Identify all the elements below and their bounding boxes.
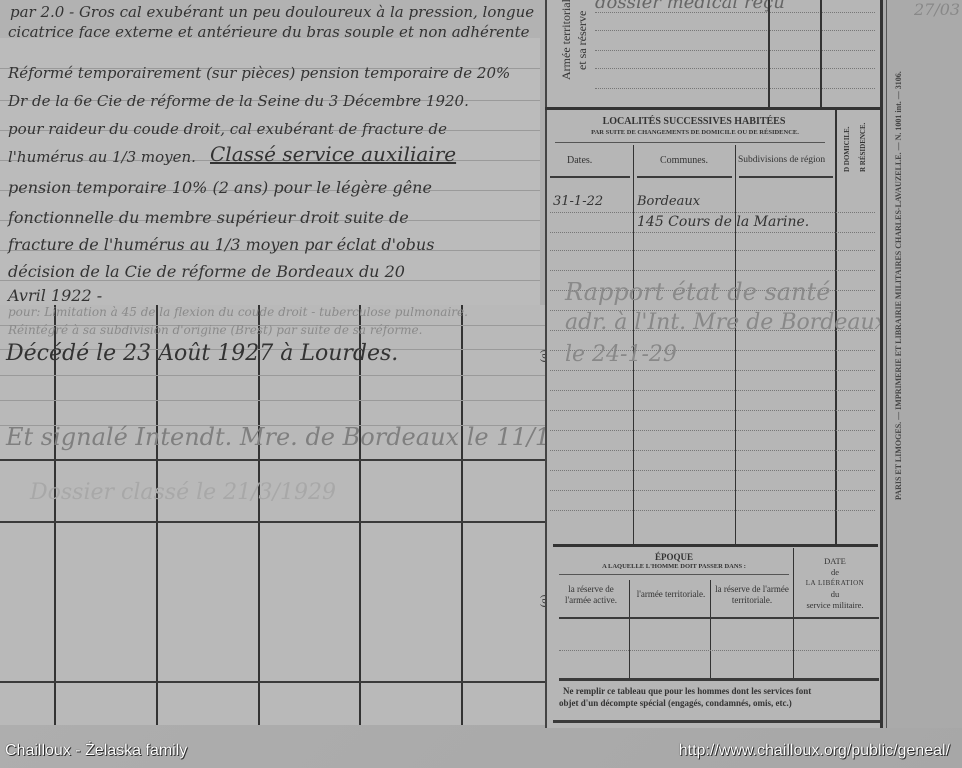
signal-note: Et signalé Intendt. Mre. de Bordeaux le … — [6, 423, 635, 451]
faded-note: Dossier classé le 21/3/1929 — [30, 480, 336, 505]
vertical-label-2: et sa réserve — [575, 11, 590, 70]
top-note-line1: par 2.0 - Gros cal exubérant un peu doul… — [10, 3, 534, 21]
row2-commune: 145 Cours de la Marine. — [637, 214, 809, 230]
strip-line-2: Réintégré à sa subdivision d'origine (Br… — [8, 323, 422, 337]
death-note: Décédé le 23 Août 1927 à Lourdes. — [6, 341, 398, 366]
col-communes: Communes. — [660, 155, 708, 166]
rapport-line3: le 24-1-29 — [565, 342, 677, 367]
side-label-residence: R RÉSIDENCE. — [859, 123, 867, 172]
epoque-col-2: l'armée territoriale. — [635, 588, 707, 600]
printer-imprint: PARIS ET LIMOGES. — IMPRIMERIE ET LIBRAI… — [894, 71, 903, 500]
top-note-area: par 2.0 - Gros cal exubérant un peu doul… — [0, 0, 545, 40]
printed-form: Armée territoriale et sa réserve dossier… — [545, 0, 880, 728]
epoque-footnote-1: Ne remplir ce tableau que pour les homme… — [563, 686, 811, 696]
date-line2: de — [795, 567, 875, 578]
col-dates: Dates. — [567, 155, 592, 166]
right-margin: PARIS ET LIMOGES. — IMPRIMERIE ET LIBRAI… — [880, 0, 962, 728]
rapport-line1: Rapport état de santé — [565, 278, 830, 306]
date-line4: du — [795, 589, 875, 600]
date-liberation: DATE de LA LIBÉRATION du service militai… — [795, 556, 875, 611]
reform-line-10: Avril 1922 - — [8, 286, 102, 305]
col-subdivisions: Subdivisions de région — [738, 155, 825, 165]
reform-line-4: l'humérus au 1/3 moyen. — [8, 148, 196, 166]
rapport-line2: adr. à l'Int. Mre de Bordeaux — [565, 310, 887, 335]
side-label-domicile: D DOMICILE. — [843, 126, 851, 172]
reform-line-8: fracture de l'humérus au 1/3 moyen par é… — [8, 235, 434, 254]
epoque-col-3: la réserve de l'armée territoriale. — [713, 584, 791, 606]
reform-line-3: pour raideur du coude droit, cal exubéra… — [8, 120, 447, 138]
row1-commune: Bordeaux — [637, 194, 700, 209]
strip-table: pour: Limitation à 45 de la flexion du c… — [0, 305, 560, 725]
reform-line-1: Réformé temporairement (sur pièces) pens… — [8, 64, 510, 82]
reform-line-7: fonctionnelle du membre supérieur droit … — [8, 208, 409, 227]
localites-title: LOCALITÉS SUCCESSIVES HABITÉES — [559, 116, 829, 127]
reform-note-paper: Réformé temporairement (sur pièces) pens… — [0, 38, 540, 308]
watermark-family: Chailloux - Żelaska family — [5, 742, 187, 760]
localites-subtitle: PAR SUITE DE CHANGEMENTS DE DOMICILE OU … — [550, 129, 840, 136]
date-line3: LA LIBÉRATION — [795, 578, 875, 589]
document-scan: par 2.0 - Gros cal exubérant un peu doul… — [0, 0, 962, 768]
reform-line-classe: Classé service auxiliaire — [210, 142, 456, 166]
epoque-subtitle: A LAQUELLE L'HOMME DOIT PASSER DANS : — [559, 563, 789, 570]
reform-line-9: décision de la Cie de réforme de Bordeau… — [8, 262, 405, 281]
reform-line-6: pension temporaire 10% (2 ans) pour le l… — [8, 178, 432, 197]
corner-note: 27/03 — [914, 0, 960, 19]
strip-line-1: pour: Limitation à 45 de la flexion du c… — [8, 305, 468, 319]
row1-date: 31-1-22 — [553, 194, 603, 209]
date-line1: DATE — [795, 556, 875, 567]
vertical-label-1: Armée territoriale — [559, 0, 574, 80]
epoque-col-1: la réserve de l'armée active. — [555, 584, 627, 606]
reform-line-2: Dr de la 6e Cie de réforme de la Seine d… — [8, 92, 469, 110]
watermark-url[interactable]: http://www.chailloux.org/public/geneal/ — [679, 742, 950, 760]
epoque-title: ÉPOQUE — [559, 552, 789, 562]
epoque-footnote-2: objet d'un décompte spécial (engagés, co… — [559, 698, 792, 708]
date-line5: service militaire. — [795, 600, 875, 611]
